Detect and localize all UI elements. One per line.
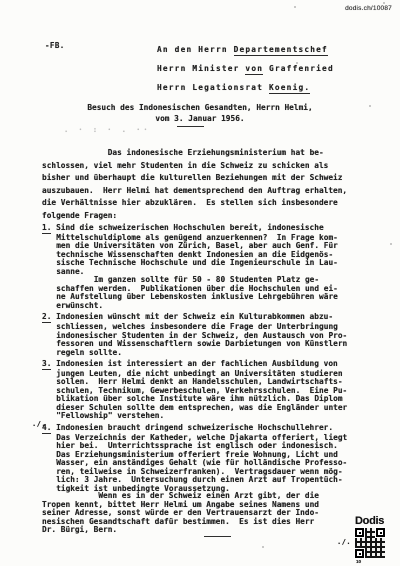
continuation-mark-right: ./.: [337, 538, 351, 546]
item-text: Indonesien braucht dringend schweizerisc…: [56, 423, 333, 432]
intro-paragraph: Das indonesische Erziehungsministerium h…: [42, 147, 372, 223]
item-number: 2.: [42, 313, 51, 323]
scan-speck: [296, 62, 298, 64]
recipient-line: An den Herrn Departementschef: [157, 45, 334, 64]
text-line: Dr. Bürgi, Bern.: [42, 526, 372, 535]
qr-code: [355, 528, 385, 558]
title-underline-dashes: [177, 126, 204, 127]
recipient-underlined: Departementschef: [234, 45, 328, 56]
text-line: die Verhältnisse hier abzuklären. Es ste…: [42, 197, 372, 210]
qr-finder-icon: [355, 528, 364, 537]
item-continuation: schliessen, welches insbesondere die Fra…: [42, 323, 372, 357]
text-line: "Fellowship" verstehen.: [56, 412, 372, 421]
closing-dashes: [204, 536, 231, 537]
closing-paragraph: Wenn es in der Schweiz einen Arzt gibt, …: [42, 492, 372, 535]
qr-finder-icon: [376, 528, 385, 537]
scan-speck: [369, 105, 371, 107]
item-number: 3.: [42, 360, 51, 370]
text-line: erwünscht.: [56, 302, 372, 311]
list-item: 3.Indonesien ist interessiert an der fac…: [42, 360, 372, 421]
qr-label: 10: [356, 559, 395, 564]
list-item: 4.Indonesien braucht dringend schweizeri…: [42, 424, 372, 493]
text-line: folgende Fragen:: [42, 210, 372, 223]
recipient-prefix: An den Herrn: [157, 45, 234, 54]
numbered-items: 1.Sind die schweizerischen Hochschulen b…: [42, 224, 372, 496]
dodis-wordmark: Dodis: [355, 515, 395, 527]
item-continuation: Das Verzeichnis der Katheder, welche Dja…: [42, 434, 372, 494]
recipient-prefix: Herrn Legationsrat: [157, 83, 269, 92]
document-scan-page: dodis.ch/10087 -FB. An den Herrn Departe…: [0, 0, 400, 566]
list-item: 1.Sind die schweizerischen Hochschulen b…: [42, 224, 372, 310]
item-continuation: Mittelschuldiplome als genügend anzuerke…: [42, 234, 372, 311]
qr-finder-icon: [355, 549, 364, 558]
text-line: Das indonesische Erziehungsministerium h…: [42, 147, 372, 160]
item-text: Indonesien wünscht mit der Schweiz ein K…: [56, 312, 333, 321]
item-number: 1.: [42, 224, 51, 234]
scan-speck: [390, 243, 392, 245]
scan-speck: [262, 546, 264, 548]
item-text: Sind die schweizerischen Hochschulen ber…: [56, 223, 324, 232]
dodis-reference: dodis.ch/10087: [345, 5, 392, 12]
scan-speck: [383, 2, 385, 4]
document-title: Besuch des Indonesischen Gesandten, Herr…: [0, 102, 400, 113]
text-line: schlossen, viel mehr Studenten in die Sc…: [42, 160, 372, 173]
item-continuation: jungen Leuten, die nicht unbedingt an Un…: [42, 370, 372, 421]
recipient-underlined: von: [245, 64, 263, 75]
text-line: auszubauen. Herr Helmi hat dementspreche…: [42, 185, 372, 198]
author-initials: -FB.: [45, 41, 65, 50]
recipient-line: Herrn Legationsrat Koenig.: [157, 83, 334, 102]
text-line: bisher und überhaupt die kulturellen Bez…: [42, 172, 372, 185]
continuation-mark-left: ./.: [32, 420, 46, 428]
document-title-block: Besuch des Indonesischen Gesandten, Herr…: [0, 102, 400, 127]
dodis-logo: Dodis 10: [355, 515, 395, 564]
faint-pencil-note: . · : · . ··: [64, 126, 151, 134]
recipient-address-block: An den Herrn Departementschef Herrn Mini…: [157, 45, 334, 102]
text-line: ne Aufstellung über Lebenskosten inklusi…: [56, 293, 372, 302]
item-text: Indonesien ist interessiert an der fachl…: [56, 359, 338, 368]
recipient-suffix: Graffenried: [263, 64, 334, 73]
text-line: sische Technische Hochschule und die Ing…: [56, 259, 372, 268]
recipient-prefix: Herrn Minister: [157, 64, 245, 73]
scan-speck: [294, 6, 296, 8]
document-date: vom 3. Januar 1956.: [0, 113, 400, 124]
text-line: regeln sollte.: [56, 349, 372, 358]
recipient-underlined: Koenig.: [269, 83, 310, 94]
list-item: 2.Indonesien wünscht mit der Schweiz ein…: [42, 313, 372, 357]
recipient-line: Herrn Minister von Graffenried: [157, 64, 334, 83]
